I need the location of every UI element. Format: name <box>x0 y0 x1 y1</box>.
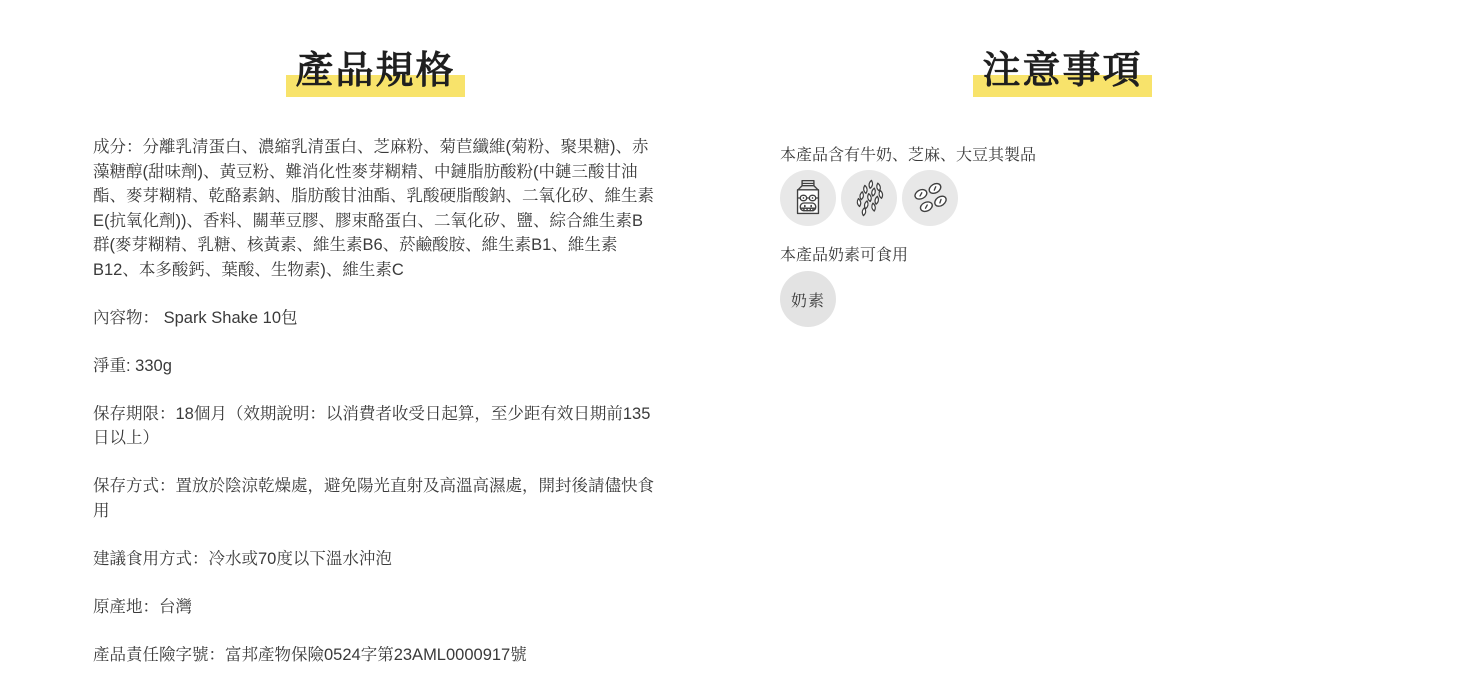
soybean-icon <box>910 178 950 218</box>
notice-title-text: 注意事項 <box>982 50 1142 92</box>
spec-shelf-life: 保存期限：18個月（效期說明：以消費者收受日起算，至少距有效日期前135日以上） <box>93 402 658 451</box>
lacto-vegetarian-badge: 奶素 <box>780 271 836 327</box>
notice-section-title: 注意事項 <box>973 48 1151 94</box>
allergen-note: 本產品含有牛奶、芝麻、大豆其製品 <box>780 144 1345 168</box>
spec-body: 成分：分離乳清蛋白、濃縮乳清蛋白、芝麻粉、菊苣纖維(菊粉、聚果糖)、赤藻糖醇(甜… <box>93 135 658 667</box>
spec-insurance-number: 產品責任險字號：富邦產物保險0524字第23AML0000917號 <box>93 643 658 668</box>
lacto-vegetarian-badge-label: 奶素 <box>791 288 825 311</box>
notice-section: 注意事項 本產品含有牛奶、芝麻、大豆其製品 <box>780 48 1345 327</box>
spec-title-text: 產品規格 <box>295 50 455 92</box>
sesame-seeds-icon <box>849 178 889 218</box>
spec-ingredients: 成分：分離乳清蛋白、濃縮乳清蛋白、芝麻粉、菊苣纖維(菊粉、聚果糖)、赤藻糖醇(甜… <box>93 135 658 282</box>
vegetarian-note: 本產品奶素可食用 <box>780 244 1345 268</box>
allergen-icon-soybean <box>902 170 958 226</box>
spec-contents: 內容物： Spark Shake 10包 <box>93 306 658 331</box>
spec-section: 產品規格 成分：分離乳清蛋白、濃縮乳清蛋白、芝麻粉、菊苣纖維(菊粉、聚果糖)、赤… <box>93 48 658 691</box>
allergen-icon-milk <box>780 170 836 226</box>
milk-carton-icon <box>788 178 828 218</box>
product-info-page: { "theme": { "background": "#ffffff", "h… <box>0 0 1464 696</box>
spec-storage: 保存方式：置放於陰涼乾燥處，避免陽光直射及高溫高濕處，開封後請儘快食用 <box>93 474 658 523</box>
spec-section-title: 產品規格 <box>286 48 464 94</box>
spec-serving-suggestion: 建議食用方式：冷水或70度以下溫水沖泡 <box>93 547 658 572</box>
notice-title-row: 注意事項 <box>780 48 1345 102</box>
spec-net-weight: 淨重: 330g <box>93 354 658 379</box>
spec-title-row: 產品規格 <box>93 48 658 102</box>
allergen-icons-row <box>780 170 1345 226</box>
allergen-icon-sesame <box>841 170 897 226</box>
spec-origin: 原產地：台灣 <box>93 595 658 620</box>
